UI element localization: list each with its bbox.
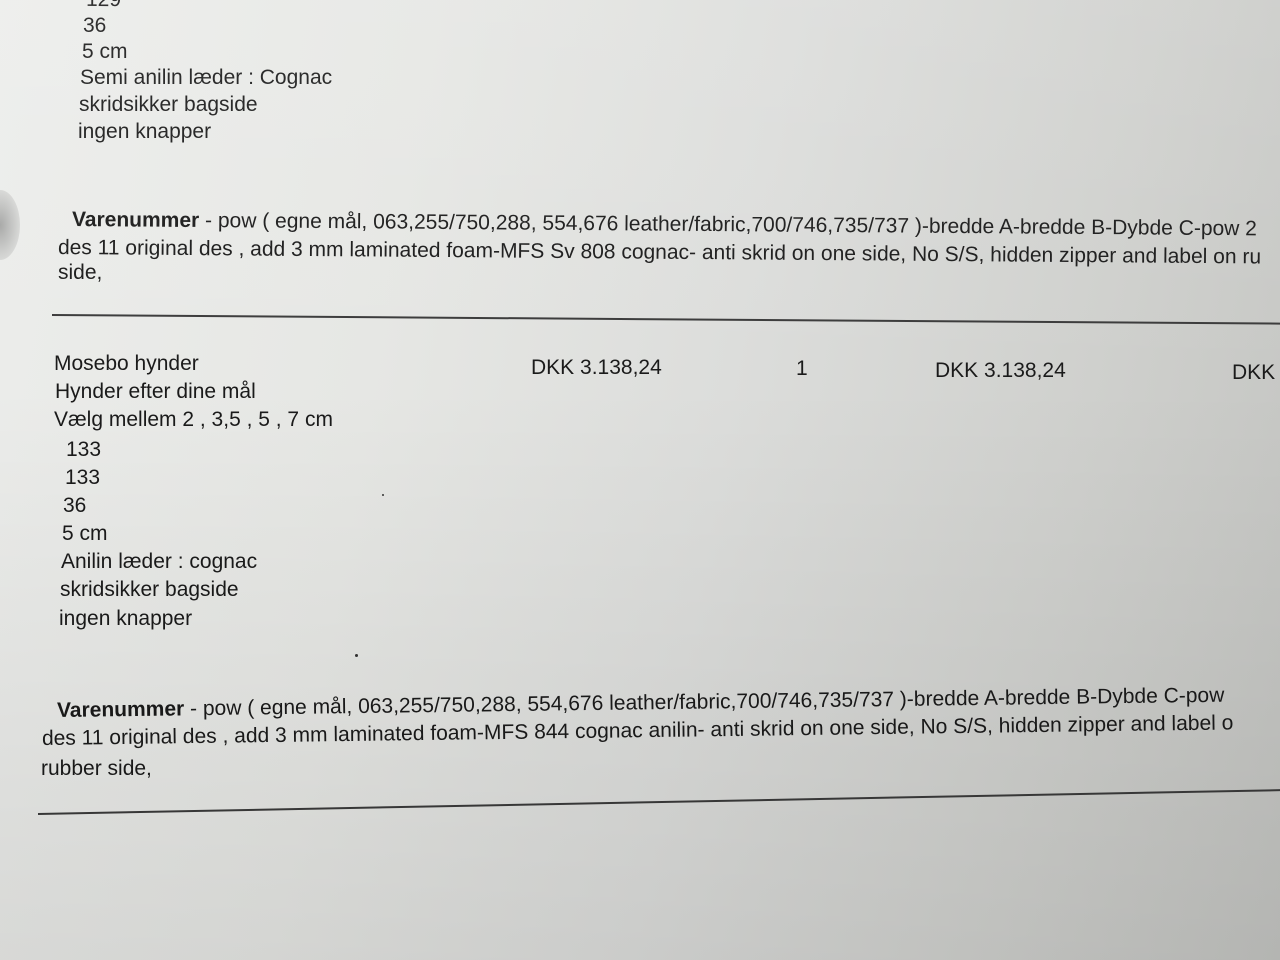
spec-line: 5 cm: [82, 40, 128, 64]
varenummer-label: Varenummer: [72, 208, 199, 232]
divider-rule: [38, 789, 1280, 815]
varenummer-line-3: rubber side,: [41, 757, 152, 781]
product-options: Vælg mellem 2 , 3,5 , 5 , 7 cm: [54, 408, 333, 432]
photo-shading: [0, 0, 1280, 960]
spec-line: Semi anilin læder : Cognac: [80, 66, 332, 90]
varenummer-label: Varenummer: [57, 697, 185, 722]
spec-line: ingen knapper: [59, 607, 192, 631]
line-price: DKK 3.138,24: [935, 359, 1066, 383]
spec-line: 133: [65, 466, 100, 490]
paper-edge-shadow: [0, 190, 20, 260]
spec-line: 129: [86, 0, 121, 12]
spec-line: 133: [66, 438, 101, 462]
spec-line: 5 cm: [62, 522, 108, 546]
unit-price: DKK 3.138,24: [531, 356, 662, 380]
quantity: 1: [796, 357, 808, 381]
product-subtitle: Hynder efter dine mål: [55, 380, 256, 404]
varenummer-line-1: Varenummer - pow ( egne mål, 063,255/750…: [72, 208, 1257, 241]
spec-line: skridsikker bagside: [60, 578, 239, 602]
spec-line: Anilin læder : cognac: [61, 550, 257, 574]
spec-line: 36: [83, 14, 106, 38]
spec-line: skridsikker bagside: [79, 93, 258, 117]
product-title: Mosebo hynder: [54, 352, 199, 376]
spec-line: ingen knapper: [78, 120, 211, 144]
varenummer-line-3: side,: [58, 261, 102, 285]
varenummer-line-2: des 11 original des , add 3 mm laminated…: [58, 236, 1261, 269]
divider-rule: [52, 314, 1280, 324]
paper-speck: [382, 494, 384, 496]
paper-speck: [355, 654, 358, 657]
total-price: DKK: [1232, 361, 1275, 385]
spec-line: 36: [63, 494, 86, 518]
